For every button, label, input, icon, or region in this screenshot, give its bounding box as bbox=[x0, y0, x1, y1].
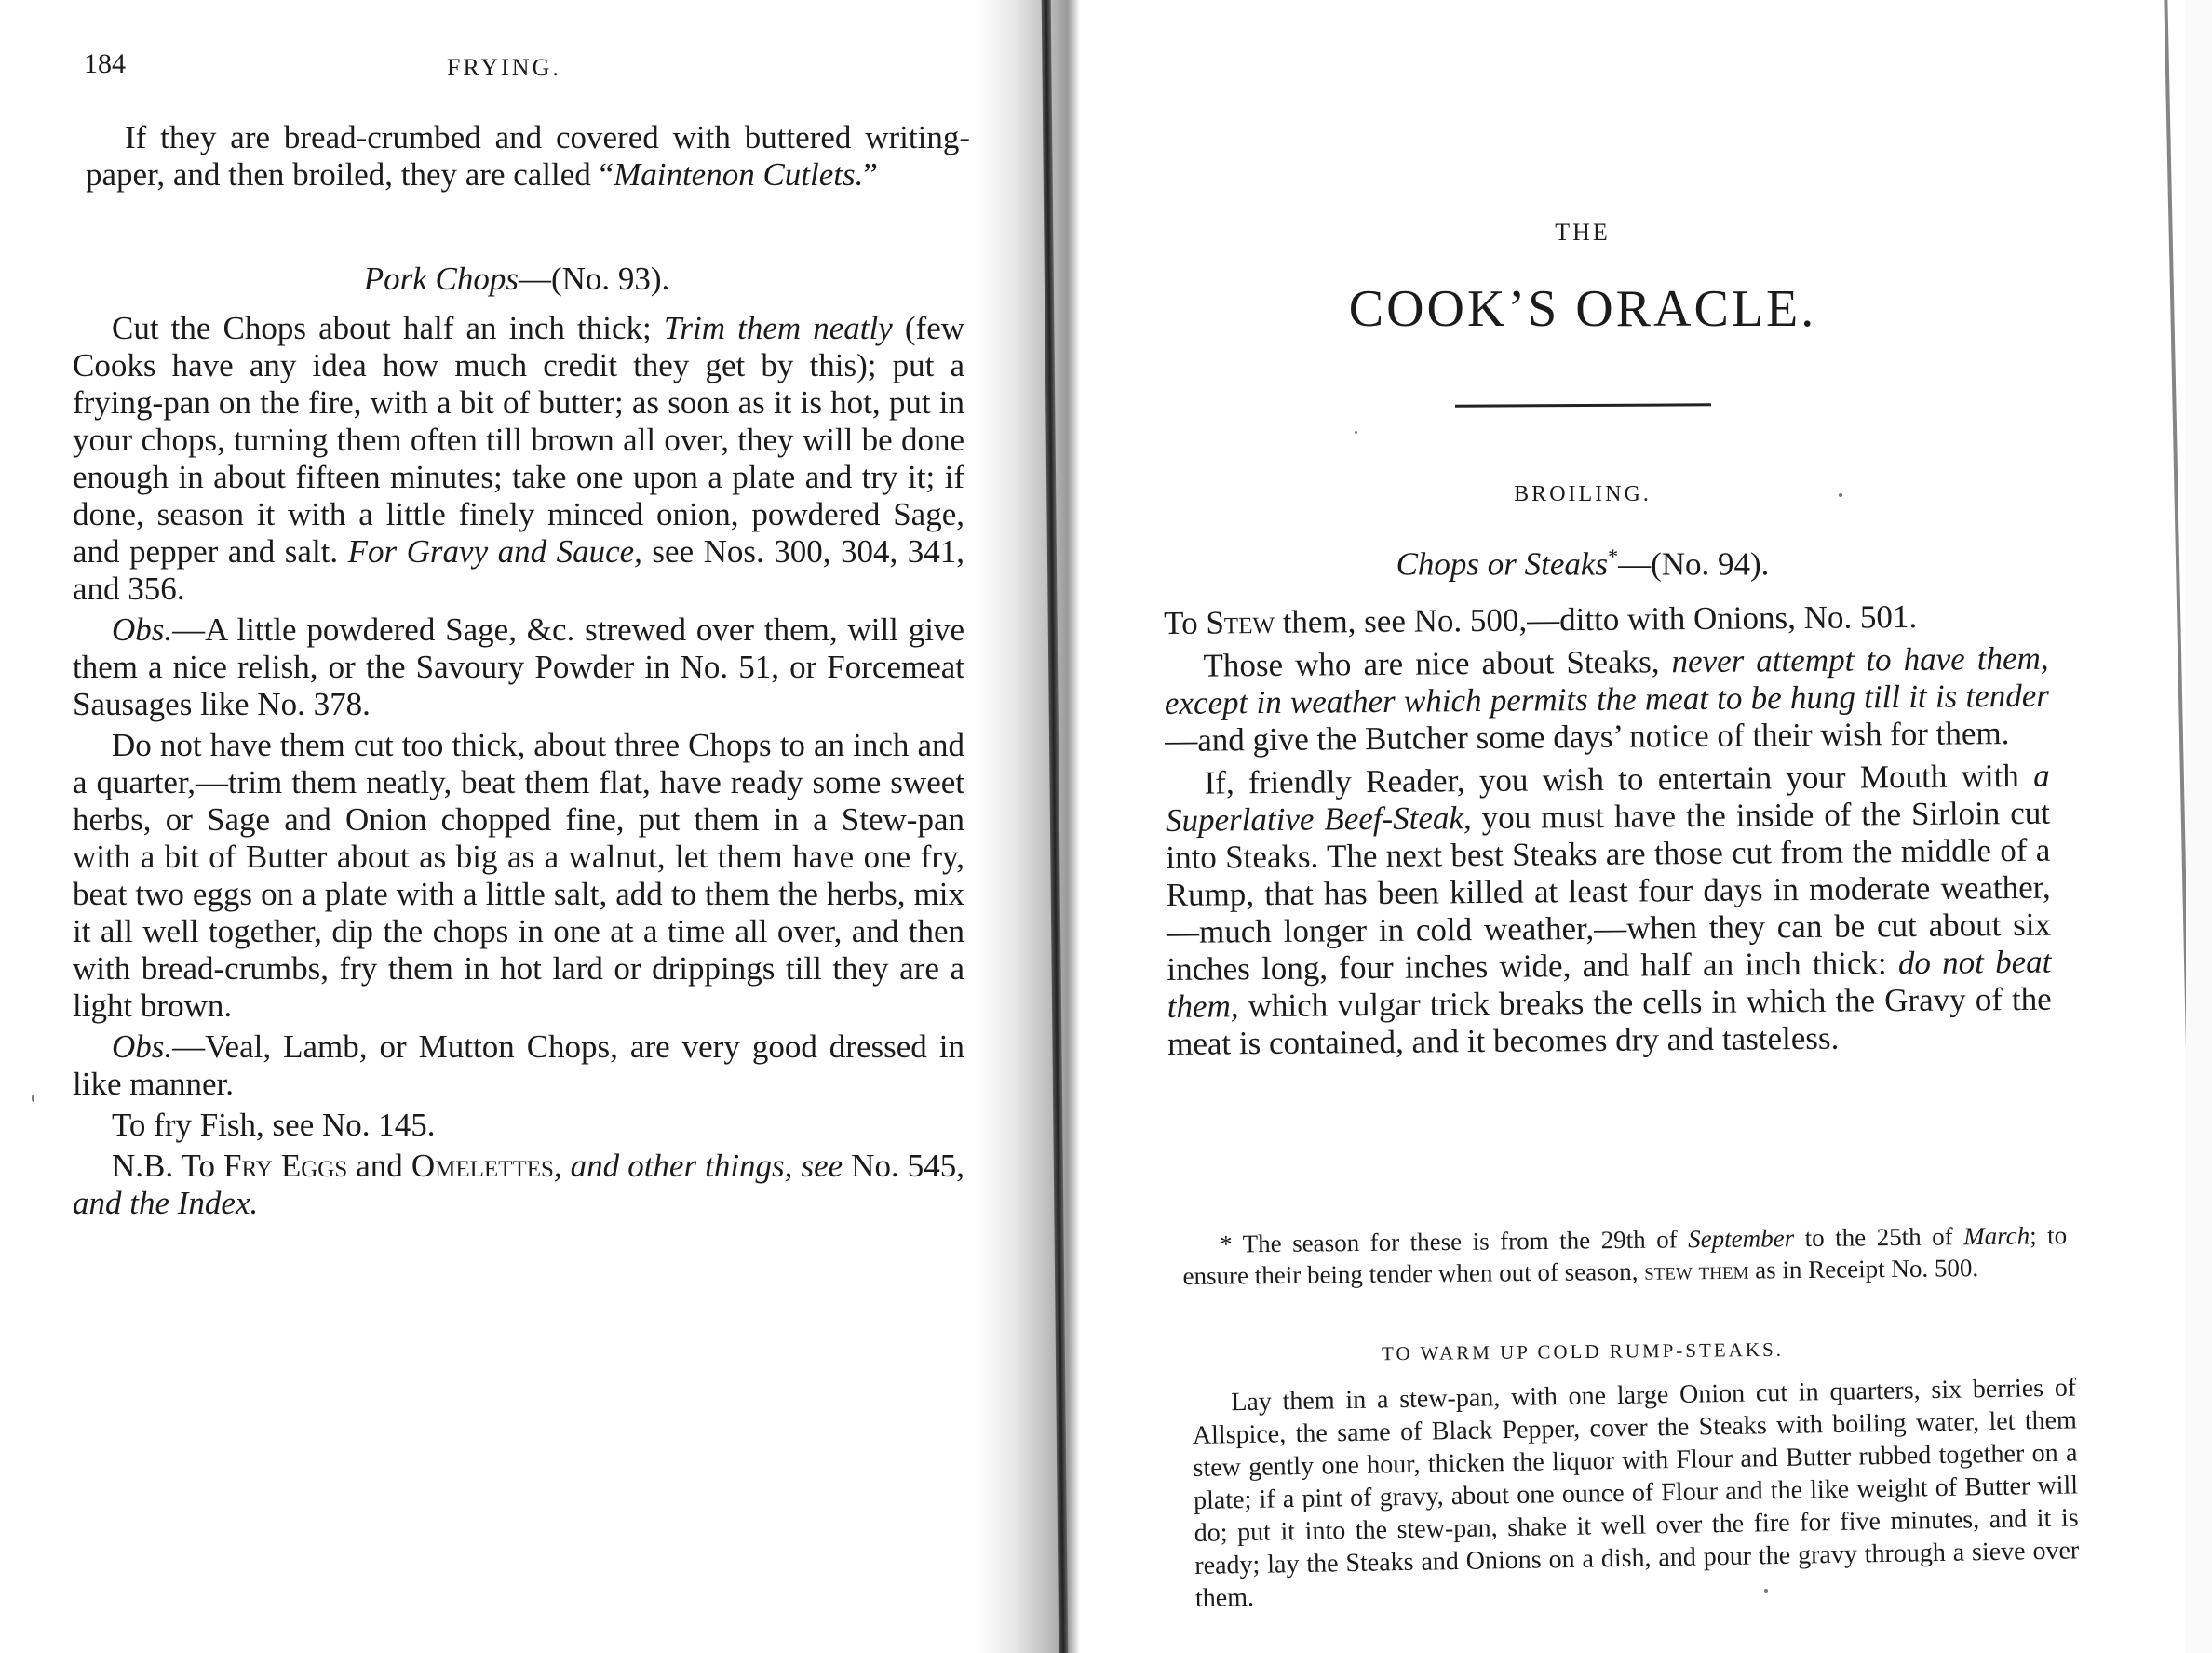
text-run: them, see No. 500,—ditto with Onions, No… bbox=[1275, 598, 1918, 640]
text-run: to the 25th of bbox=[1794, 1222, 1963, 1252]
paragraph-nb: N.B. To Fry Eggs and Omelettes, and othe… bbox=[73, 1148, 964, 1222]
paragraph-obs-veal: Obs.—Veal, Lamb, or Mutton Chops, are ve… bbox=[73, 1028, 964, 1103]
paragraph-to-stew: To Stew them, see No. 500,—ditto with On… bbox=[1164, 598, 2048, 642]
text-run: (few Cooks have any idea how much credit… bbox=[73, 310, 964, 570]
paragraph-obs-sage: Obs.—A little powdered Sage, &c. strewed… bbox=[73, 611, 964, 723]
scan-speck bbox=[1839, 493, 1842, 497]
title-the: THE bbox=[1071, 219, 2095, 247]
recipe-title-94: Chops or Steaks*—(No. 94). bbox=[1071, 544, 2095, 584]
recipe-title-italic: Chops or Steaks bbox=[1396, 546, 1609, 583]
intro-close-quote: ” bbox=[863, 156, 878, 193]
italic-run: September bbox=[1688, 1224, 1794, 1253]
paragraph-cut-chops: Cut the Chops about half an inch thick; … bbox=[73, 310, 964, 608]
italic-run: For Gravy and Sauce, bbox=[348, 533, 642, 570]
recipe-title-93: Pork Chops—(No. 93). bbox=[74, 261, 959, 298]
italic-run: and the Index. bbox=[73, 1185, 258, 1221]
text-run: Those who are nice about Steaks, bbox=[1203, 643, 1671, 683]
paragraph-friendly-reader: If, friendly Reader, you wish to enterta… bbox=[1166, 758, 2053, 1063]
text-run: Do not have them cut too thick, about th… bbox=[73, 727, 964, 1024]
italic-run: March bbox=[1963, 1221, 2030, 1250]
obs-label: Obs. bbox=[112, 1028, 172, 1065]
text-run: To fry Fish, see No. 145. bbox=[112, 1107, 436, 1143]
smallcaps-run: stew them bbox=[1644, 1257, 1749, 1285]
text-run: and bbox=[347, 1148, 411, 1184]
italic-run: Trim them neatly bbox=[664, 310, 893, 346]
text-run: —Veal, Lamb, or Mutton Chops, are very g… bbox=[73, 1028, 964, 1102]
paragraph-do-not-cut: Do not have them cut too thick, about th… bbox=[73, 727, 964, 1025]
scan-speck bbox=[1355, 431, 1357, 434]
text-run: Lay them in a stew-pan, with one large O… bbox=[1192, 1371, 2080, 1615]
scan-margin bbox=[2186, 0, 2212, 1653]
paragraph-nice-about-steaks: Those who are nice about Steaks, never a… bbox=[1164, 640, 2049, 759]
scan-speck bbox=[32, 1095, 34, 1102]
right-body: To Stew them, see No. 500,—ditto with On… bbox=[1164, 598, 2052, 1063]
section-heading: BROILING. bbox=[1071, 482, 2095, 507]
text-run: as in Receipt No. 500. bbox=[1748, 1254, 1978, 1284]
smallcaps-run: Fry Eggs bbox=[223, 1148, 347, 1184]
paragraph-lay-them: Lay them in a stew-pan, with one large O… bbox=[1192, 1371, 2080, 1615]
text-run: No. 545, bbox=[843, 1148, 964, 1184]
left-body: Cut the Chops about half an inch thick; … bbox=[73, 310, 964, 1222]
smallcaps-run: Omelettes bbox=[411, 1148, 554, 1184]
text-run: —A little powdered Sage, &c. strewed ove… bbox=[73, 611, 964, 722]
footnote: * The season for these is from the 29th … bbox=[1182, 1219, 2068, 1292]
text-run: which vulgar trick breaks the cells in w… bbox=[1167, 981, 2052, 1062]
italic-run: , and other things, see bbox=[554, 1148, 843, 1184]
footnote-marker: * bbox=[1608, 544, 1618, 568]
text-run: Cut the Chops about half an inch thick; bbox=[112, 310, 664, 346]
recipe-title-number: —(No. 94). bbox=[1618, 546, 1769, 583]
running-head: FRYING. bbox=[447, 54, 561, 82]
smallcaps-run: Stew bbox=[1206, 604, 1275, 641]
recipe-title-italic: Pork Chops bbox=[364, 261, 519, 297]
recipe-title-number: —(No. 93). bbox=[519, 261, 669, 297]
obs-label: Obs. bbox=[112, 611, 172, 648]
intro-paragraph: If they are bread-crumbed and covered wi… bbox=[86, 119, 970, 194]
text-run: To bbox=[1164, 605, 1207, 641]
paragraph-fry-fish: To fry Fish, see No. 145. bbox=[73, 1107, 964, 1144]
text-run: —and give the Butcher some days’ notice … bbox=[1165, 715, 2009, 759]
book-title: COOK’S ORACLE. bbox=[1071, 279, 2095, 339]
text-run: N.B. To bbox=[112, 1148, 223, 1184]
text-run: * The season for these is from the 29th … bbox=[1182, 1225, 1688, 1258]
book-spread: 184 FRYING. If they are bread-crumbed an… bbox=[0, 0, 2212, 1653]
text-run: If, friendly Reader, you wish to enterta… bbox=[1204, 758, 2033, 801]
intro-italic: Maintenon Cutlets. bbox=[614, 156, 863, 193]
page-number: 184 bbox=[84, 48, 126, 80]
scan-speck bbox=[1764, 1589, 1768, 1593]
